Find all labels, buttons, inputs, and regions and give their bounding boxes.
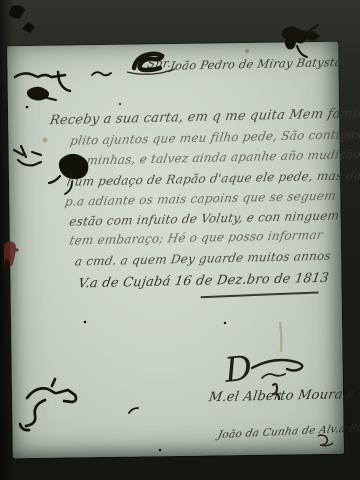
- backdrop-marks: [9, 5, 35, 33]
- signature-name: M.el Alberto Moura e C.a: [208, 386, 360, 405]
- body-line-7: tem embaraço; Hé o que posso informar: [69, 228, 324, 248]
- heading-addressee: João Pedro de Miray Batysta: [169, 55, 343, 73]
- date-line: V.a de Cujabá 16 de Dez.bro de 1813: [77, 271, 330, 292]
- body-line-2: plito ajuntos que meu filho pede, São co…: [69, 127, 360, 148]
- date-underline: [201, 291, 319, 298]
- heading-salutation: Snr.: [146, 56, 172, 71]
- body-line-5: p.a adiante os mais capoins que se segue…: [64, 189, 337, 209]
- body-line-6: estão com infuito de Voluty, e con ningu…: [68, 209, 340, 229]
- body-line-4: hum pedaço de Rapão d'aque ele pede, mas…: [66, 168, 360, 189]
- body-line-8: a cmd. a quem Dey guarde muitos annos: [74, 249, 332, 269]
- body-line-1: Receby a sua carta, em q me quita Mem fa…: [49, 106, 360, 129]
- letter-paper: Snr. João Pedro de Miray Batysta Receby …: [7, 42, 344, 459]
- letter-photograph: Snr. João Pedro de Miray Batysta Receby …: [0, 0, 360, 480]
- body-line-3: minhas, e talvez ainda apanhe año mudiçã…: [85, 147, 360, 167]
- countersignature: João da Cunha de Alv.a Roiz: [217, 422, 360, 442]
